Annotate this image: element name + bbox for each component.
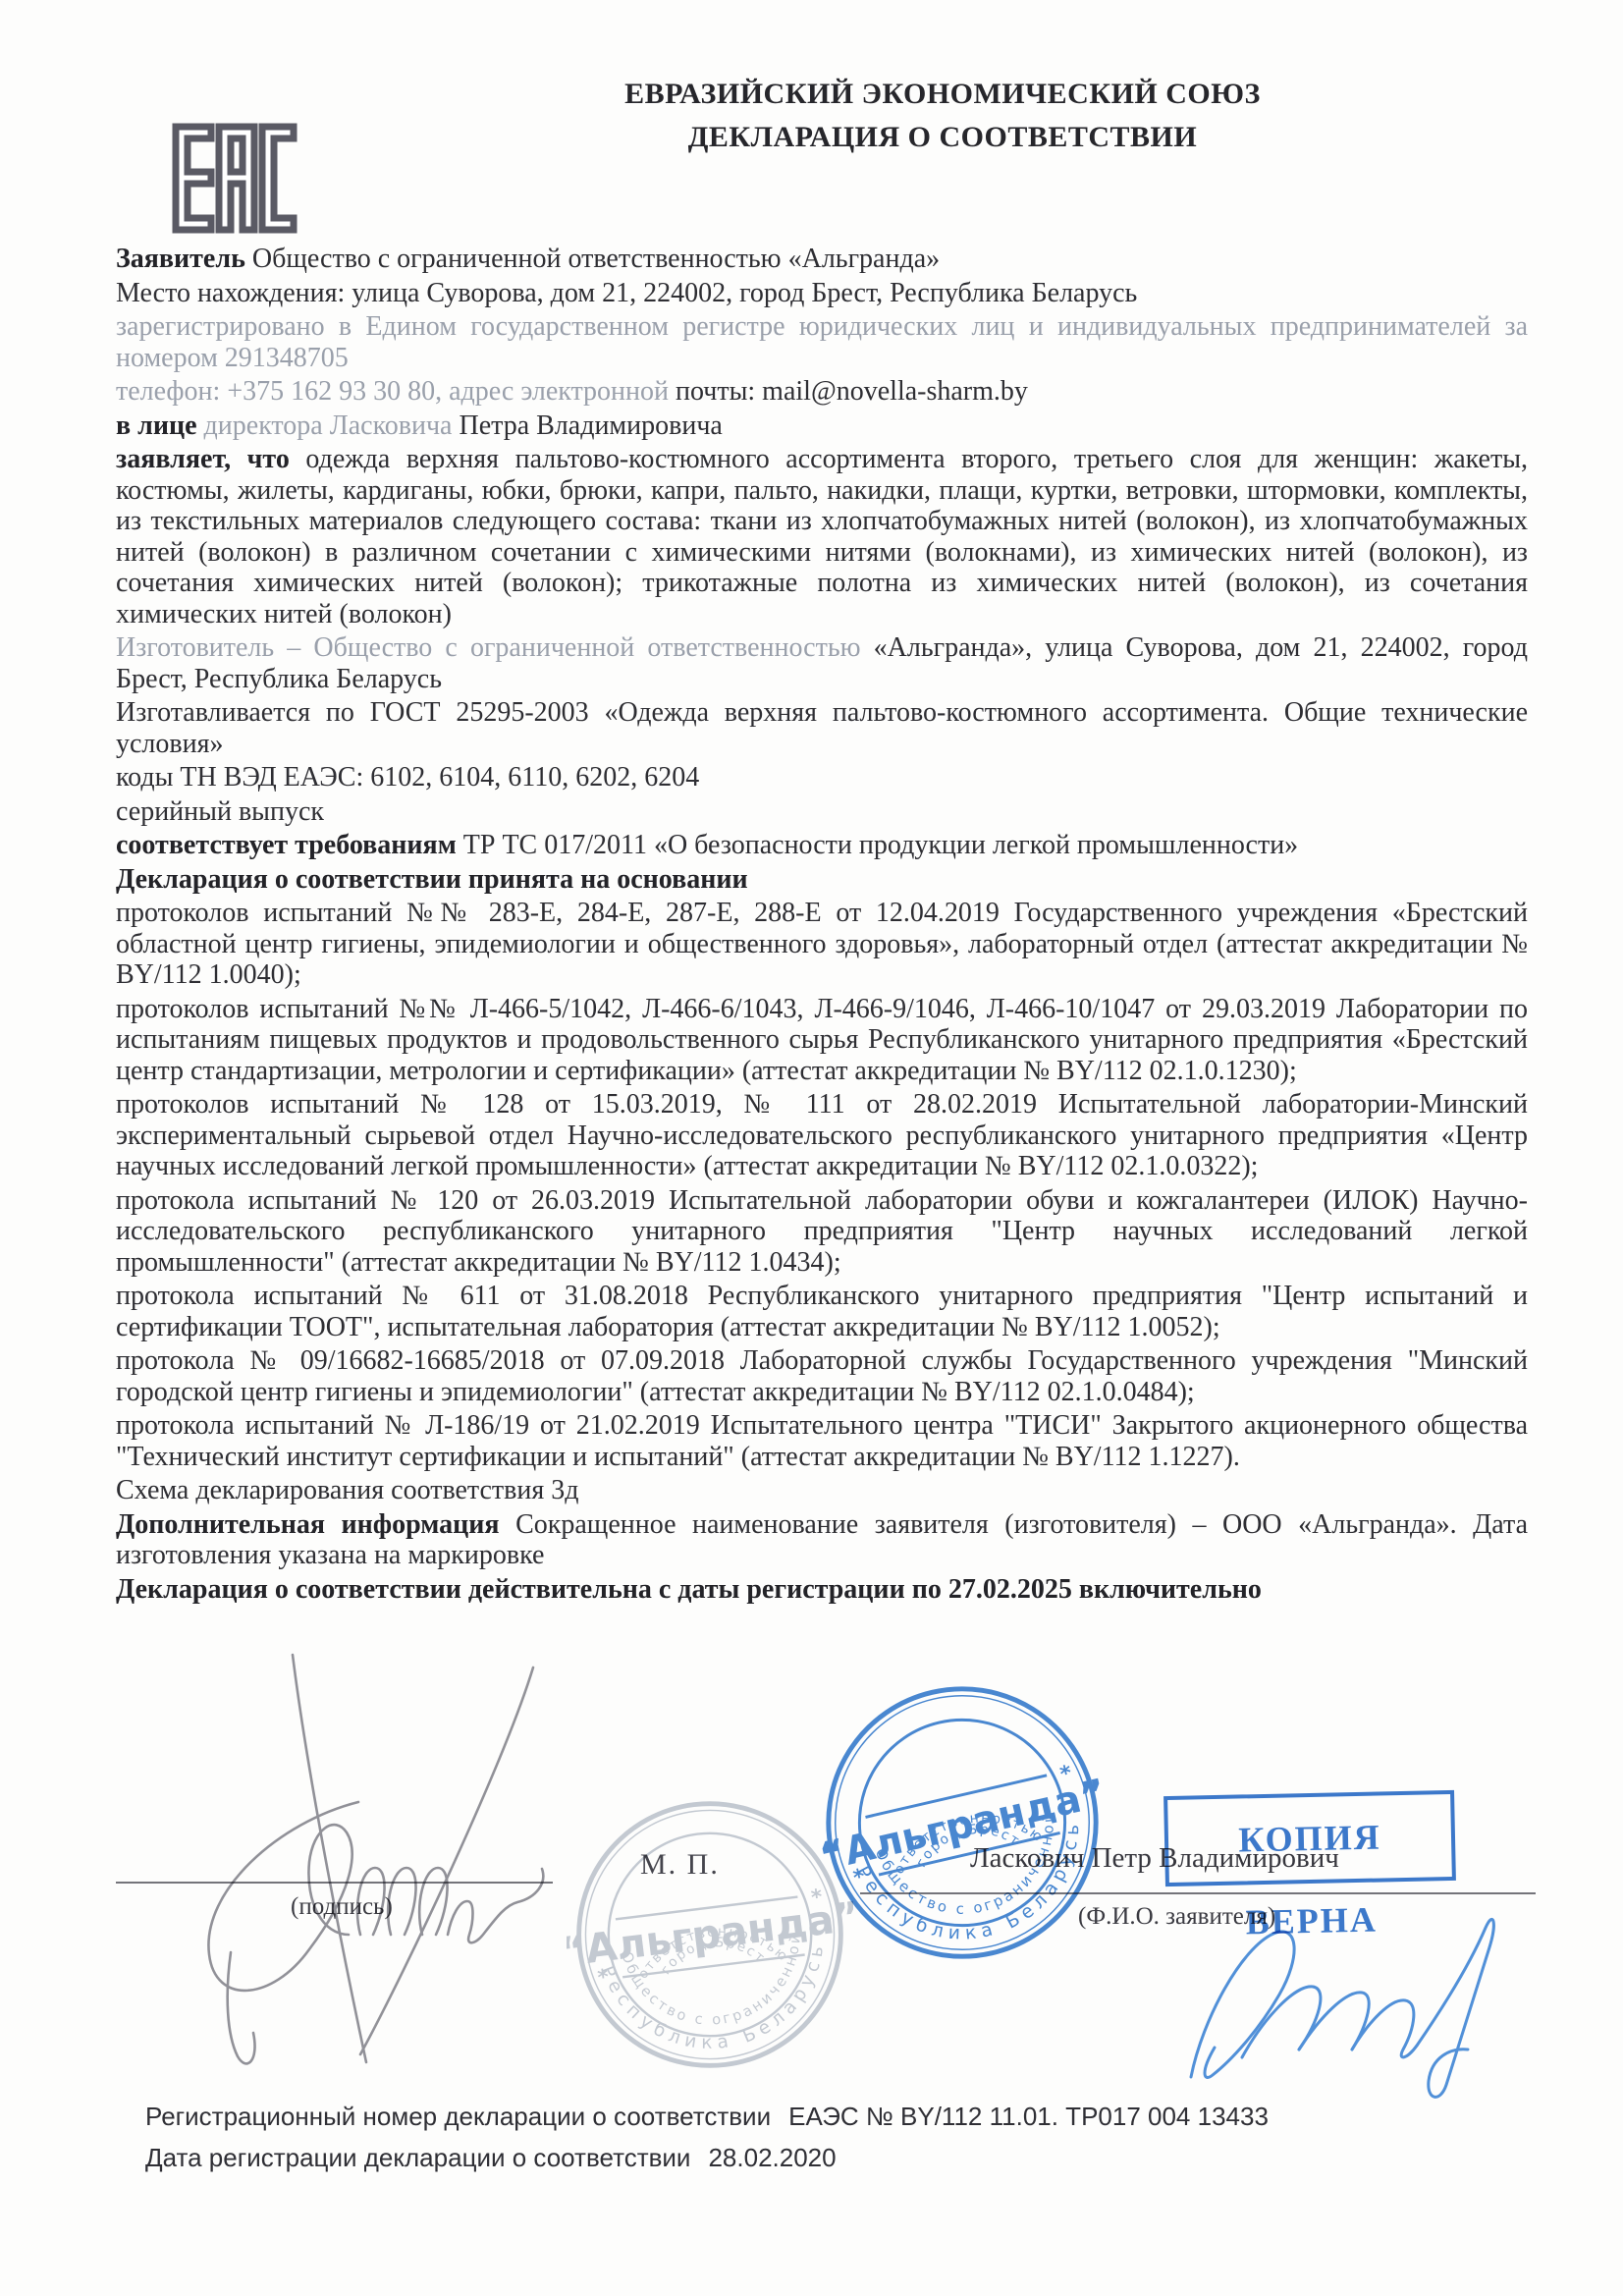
paragraph-complies: соответствует требованиям ТР ТС 017/2011… [116,830,1528,861]
handwritten-signature-blue [1173,1900,1507,2106]
paragraph-serial: серийный выпуск [116,796,1528,828]
round-stamp-gray: Республика Беларусь Общество с ограничен… [567,1791,853,2078]
paragraph-scheme: Схема декларирования соответствия 3д [116,1475,1528,1506]
registration-footer: Регистрационный номер декларации о соотв… [145,2102,1520,2184]
paragraph-applicant: Заявитель Общество с ограниченной ответс… [116,244,1528,275]
registration-number-row: Регистрационный номер декларации о соотв… [145,2102,1520,2132]
paragraph-tnved-codes: коды ТН ВЭД ЕАЭС: 6102, 6104, 6110, 6202… [116,762,1528,793]
paragraph-protocol-1: протоколов испытаний №№ 283-Е, 284-Е, 28… [116,898,1528,991]
paragraph-director: в лице директора Ласковича Петра Владими… [116,410,1528,442]
copy-verna-stamp: КОПИЯ ВЕРНА [1163,1790,1456,1886]
eac-mark-icon [170,114,299,244]
paragraph-protocol-5: протокола испытаний № 611 от 31.08.2018 … [116,1281,1528,1342]
registration-date-row: Дата регистрации декларации о соответств… [145,2143,1520,2173]
document-body: Заявитель Общество с ограниченной ответс… [116,244,1528,1608]
paragraph-additional-info: Дополнительная информация Сокращенное на… [116,1509,1528,1571]
paragraph-address: Место нахождения: улица Суворова, дом 21… [116,278,1528,309]
paragraph-validity: Декларация о соответствии действительна … [116,1574,1528,1606]
document-title: ДЕКЛАРАЦИЯ О СООТВЕТСТВИИ [363,116,1522,159]
paragraph-protocol-7: протокола испытаний № Л-186/19 от 21.02.… [116,1410,1528,1472]
declaration-document-page: ЕВРАЗИЙСКИЙ ЭКОНОМИЧЕСКИЙ СОЮЗ ДЕКЛАРАЦИ… [0,0,1623,2296]
paragraph-phone-email: телефон: +375 162 93 30 80, адрес электр… [116,376,1528,408]
union-title: ЕВРАЗИЙСКИЙ ЭКОНОМИЧЕСКИЙ СОЮЗ [363,73,1522,116]
paragraph-protocol-3: протоколов испытаний № 128 от 15.03.2019… [116,1089,1528,1182]
paragraph-declares: заявляет, что одежда верхняя пальтово-ко… [116,444,1528,629]
paragraph-basis-heading: Декларация о соответствии принята на осн… [116,864,1528,896]
paragraph-manufacturer: Изготовитель – Общество с ограниченной о… [116,632,1528,694]
paragraph-protocol-6: протокола № 09/16682-16685/2018 от 07.09… [116,1345,1528,1407]
registration-date-label: Дата регистрации декларации о соответств… [145,2143,690,2172]
paragraph-gost: Изготавливается по ГОСТ 25295-2003 «Одеж… [116,697,1528,759]
registration-date-value: 28.02.2020 [708,2143,836,2172]
registration-number-value: ЕАЭС № BY/112 11.01. ТР017 004 13433 [788,2102,1269,2131]
paragraph-protocol-4: протокола испытаний № 120 от 26.03.2019 … [116,1185,1528,1279]
document-header: ЕВРАЗИЙСКИЙ ЭКОНОМИЧЕСКИЙ СОЮЗ ДЕКЛАРАЦИ… [363,73,1522,159]
registration-number-label: Регистрационный номер декларации о соотв… [145,2102,771,2131]
paragraph-protocol-2: протоколов испытаний №№ Л-466-5/1042, Л-… [116,994,1528,1087]
handwritten-signature-pencil [113,1611,574,2102]
round-stamp-blue: Республика Беларусь Общество с ограничен… [817,1677,1108,1968]
paragraph-registration: зарегистрировано в Едином государственно… [116,311,1528,373]
